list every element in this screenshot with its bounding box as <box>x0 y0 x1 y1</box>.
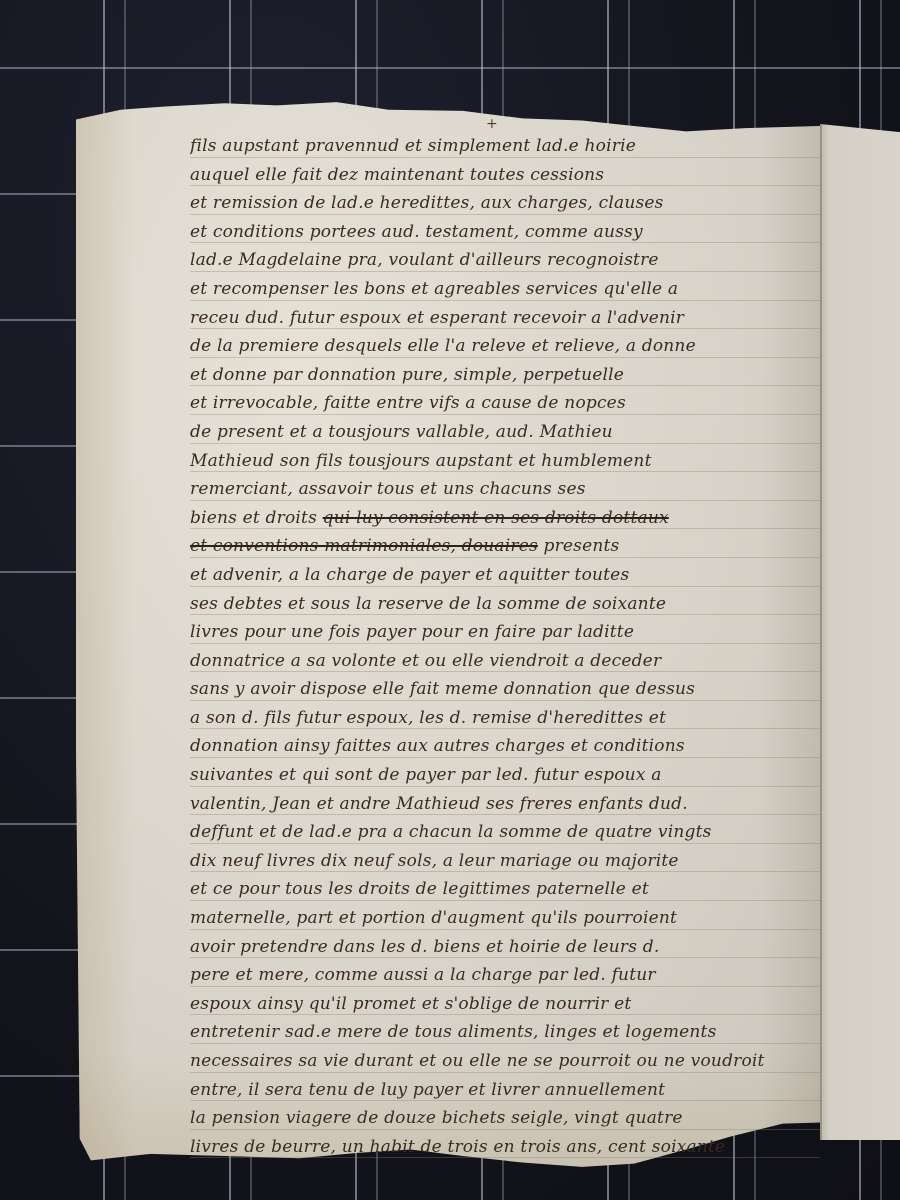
manuscript-line: ses debtes et sous la reserve de la somm… <box>190 590 820 619</box>
ruled-line <box>190 700 820 701</box>
line-text: donnatrice a sa volonte et ou elle viend… <box>190 651 661 671</box>
line-text: ses debtes et sous la reserve de la somm… <box>190 594 666 614</box>
line-text: deffunt et de lad.e pra a chacun la somm… <box>190 822 712 842</box>
ruled-line <box>190 471 820 472</box>
manuscript-line: donnatrice a sa volonte et ou elle viend… <box>190 647 820 676</box>
ruled-line <box>190 1129 820 1130</box>
manuscript-line: entretenir sad.e mere de tous aliments, … <box>190 1018 820 1047</box>
manuscript-line: de la premiere desquels elle l'a releve … <box>190 332 820 361</box>
manuscript-line: lad.e Magdelaine pra, voulant d'ailleurs… <box>190 246 820 275</box>
adjacent-page-edge <box>820 124 900 1140</box>
manuscript-line: et irrevocable, faitte entre vifs a caus… <box>190 389 820 418</box>
ruled-line <box>190 671 820 672</box>
manuscript-line: donnation ainsy faittes aux autres charg… <box>190 732 820 761</box>
ruled-line <box>190 357 820 358</box>
line-text: entre, il sera tenu de luy payer et livr… <box>190 1080 665 1100</box>
line-text: fils aupstant pravennud et simplement la… <box>190 136 636 156</box>
manuscript-line: livres pour une fois payer pour en faire… <box>190 618 820 647</box>
manuscript-line: necessaires sa vie durant et ou elle ne … <box>190 1047 820 1076</box>
manuscript-text: fils aupstant pravennud et simplement la… <box>190 132 820 1161</box>
ruled-line <box>190 614 820 615</box>
manuscript-line: Mathieud son fils tousjours aupstant et … <box>190 447 820 476</box>
manuscript-line: pere et mere, comme aussi a la charge pa… <box>190 961 820 990</box>
line-text: pere et mere, comme aussi a la charge pa… <box>190 965 656 985</box>
manuscript-line: avoir pretendre dans les d. biens et hoi… <box>190 933 820 962</box>
ruled-line <box>190 385 820 386</box>
ruled-line <box>190 528 820 529</box>
ruled-line <box>190 414 820 415</box>
manuscript-line: remerciant, assavoir tous et uns chacuns… <box>190 475 820 504</box>
ruled-line <box>190 786 820 787</box>
ruled-line <box>190 757 820 758</box>
ruled-line <box>190 300 820 301</box>
manuscript-line: et donne par donnation pure, simple, per… <box>190 361 820 390</box>
manuscript-line: dix neuf livres dix neuf sols, a leur ma… <box>190 847 820 876</box>
line-text: Mathieud son fils tousjours aupstant et … <box>190 451 652 471</box>
ruled-line <box>190 185 820 186</box>
ruled-line <box>190 1072 820 1073</box>
line-text: de la premiere desquels elle l'a releve … <box>190 336 696 356</box>
ruled-line <box>190 929 820 930</box>
line-text: et irrevocable, faitte entre vifs a caus… <box>190 393 626 413</box>
ruled-line <box>190 557 820 558</box>
manuscript-line: et remission de lad.e heredittes, aux ch… <box>190 189 820 218</box>
ruled-line <box>190 214 820 215</box>
ruled-line <box>190 814 820 815</box>
ruled-line <box>190 271 820 272</box>
manuscript-line: biens et droits qui luy consistent en se… <box>190 504 820 533</box>
line-text: et conditions portees aud. testament, co… <box>190 222 643 242</box>
line-text: valentin, Jean et andre Mathieud ses fre… <box>190 794 688 814</box>
line-text: lad.e Magdelaine pra, voulant d'ailleurs… <box>190 250 659 270</box>
ruled-line <box>190 1043 820 1044</box>
manuscript-line: et advenir, a la charge de payer et aqui… <box>190 561 820 590</box>
ruled-line <box>190 1100 820 1101</box>
manuscript-line: fils aupstant pravennud et simplement la… <box>190 132 820 161</box>
ruled-line <box>190 843 820 844</box>
ruled-line <box>190 443 820 444</box>
line-text: avoir pretendre dans les d. biens et hoi… <box>190 937 659 957</box>
line-text: entretenir sad.e mere de tous aliments, … <box>190 1022 717 1042</box>
manuscript-line: deffunt et de lad.e pra a chacun la somm… <box>190 818 820 847</box>
line-text: auquel elle fait dez maintenant toutes c… <box>190 165 604 185</box>
line-text: et recompenser les bons et agreables ser… <box>190 279 678 299</box>
ruled-line <box>190 1014 820 1015</box>
struck-text: et conventions matrimoniales, douaires <box>190 536 538 556</box>
line-text: et remission de lad.e heredittes, aux ch… <box>190 193 664 213</box>
line-text: sans y avoir dispose elle fait meme donn… <box>190 679 695 699</box>
line-text: donnation ainsy faittes aux autres charg… <box>190 736 685 756</box>
line-text: necessaires sa vie durant et ou elle ne … <box>190 1051 765 1071</box>
line-text: livres pour une fois payer pour en faire… <box>190 622 634 642</box>
ruled-line <box>190 586 820 587</box>
manuscript-line: maternelle, part et portion d'augment qu… <box>190 904 820 933</box>
manuscript-line: receu dud. futur espoux et esperant rece… <box>190 304 820 333</box>
manuscript-line: suivantes et qui sont de payer par led. … <box>190 761 820 790</box>
page-fold <box>820 124 822 1140</box>
manuscript-line: auquel elle fait dez maintenant toutes c… <box>190 161 820 190</box>
line-text: receu dud. futur espoux et esperant rece… <box>190 308 684 328</box>
line-text: dix neuf livres dix neuf sols, a leur ma… <box>190 851 679 871</box>
manuscript-line: livres de beurre, un habit de trois en t… <box>190 1133 820 1162</box>
line-text: biens et droits <box>190 508 317 528</box>
line-text: a son d. fils futur espoux, les d. remis… <box>190 708 666 728</box>
line-text: maternelle, part et portion d'augment qu… <box>190 908 677 928</box>
manuscript-line: entre, il sera tenu de luy payer et livr… <box>190 1076 820 1105</box>
manuscript-line: espoux ainsy qu'il promet et s'oblige de… <box>190 990 820 1019</box>
struck-text: qui luy consistent en ses droits dottaux <box>323 508 669 528</box>
manuscript-line: et conventions matrimoniales, douaires p… <box>190 532 820 561</box>
line-text-suffix: presents <box>544 536 620 556</box>
line-text: livres de beurre, un habit de trois en t… <box>190 1137 725 1157</box>
ruled-line <box>190 986 820 987</box>
ruled-line <box>190 242 820 243</box>
manuscript-line: et conditions portees aud. testament, co… <box>190 218 820 247</box>
manuscript-line: et ce pour tous les droits de legittimes… <box>190 875 820 904</box>
page-marker: + <box>486 116 498 132</box>
manuscript-line: de present et a tousjours vallable, aud.… <box>190 418 820 447</box>
line-text: et ce pour tous les droits de legittimes… <box>190 879 649 899</box>
ruled-line <box>190 728 820 729</box>
ruled-line <box>190 157 820 158</box>
ruled-line <box>190 871 820 872</box>
manuscript-line: valentin, Jean et andre Mathieud ses fre… <box>190 790 820 819</box>
manuscript-line: la pension viagere de douze bichets seig… <box>190 1104 820 1133</box>
manuscript-line: sans y avoir dispose elle fait meme donn… <box>190 675 820 704</box>
ruled-line <box>190 500 820 501</box>
manuscript-line: et recompenser les bons et agreables ser… <box>190 275 820 304</box>
ruled-line <box>190 957 820 958</box>
ruled-line <box>190 643 820 644</box>
line-text: et advenir, a la charge de payer et aqui… <box>190 565 629 585</box>
line-text: et donne par donnation pure, simple, per… <box>190 365 624 385</box>
ruled-line <box>190 900 820 901</box>
line-text: de present et a tousjours vallable, aud.… <box>190 422 613 442</box>
line-text: remerciant, assavoir tous et uns chacuns… <box>190 479 586 499</box>
ruled-line <box>190 328 820 329</box>
ruled-line <box>190 1157 820 1158</box>
manuscript-line: a son d. fils futur espoux, les d. remis… <box>190 704 820 733</box>
line-text: suivantes et qui sont de payer par led. … <box>190 765 662 785</box>
line-text: la pension viagere de douze bichets seig… <box>190 1108 683 1128</box>
line-text: espoux ainsy qu'il promet et s'oblige de… <box>190 994 631 1014</box>
